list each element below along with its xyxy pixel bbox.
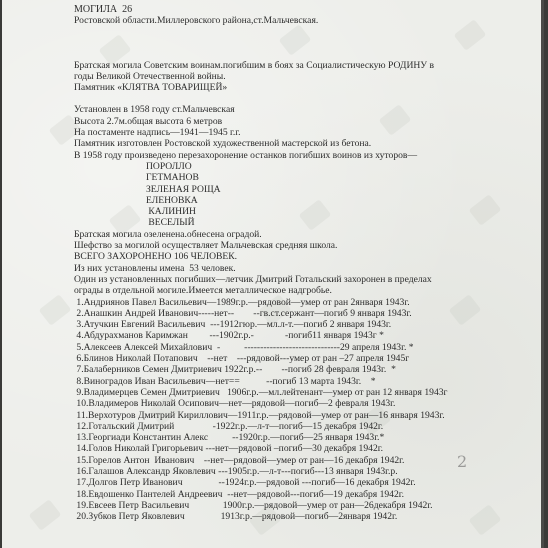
burial-row: 6.Блинов Николай Потапович --нет ---рядо…	[74, 353, 534, 364]
burial-row: 3.Атучкин Евгений Васильевич ---1912гюр.…	[74, 319, 534, 330]
summary-line: ограды в отдельной могиле.Имеется металл…	[74, 285, 534, 296]
farmstead-item: ПОРОЛЛО	[74, 161, 534, 172]
burial-row: 17.Долгов Петр Иванович --1924г.р.—рядов…	[74, 477, 534, 488]
burial-row: 18.Евдошенко Пантелей Андреевич --нет—ря…	[74, 489, 534, 500]
burial-row: 7.Балаберников Семен Дмитриевич 1922г.р.…	[74, 364, 534, 375]
burial-row: 9.Владимерцев Семен Дмитриевич 1906г.р.—…	[74, 387, 534, 398]
summary-line: Братская могила озеленена.обнесена оград…	[74, 229, 534, 240]
burial-row: 11.Верхотуров Дмитрий Кириллович—1911г.р…	[74, 410, 534, 421]
burial-row: 19.Евсеев Петр Васильевич 1900г.р.—рядов…	[74, 500, 534, 511]
summary-line: Один из установленных погибших—летчик Дм…	[74, 274, 534, 285]
farmstead-item: ВЕСЕЛЫЙ	[74, 217, 534, 228]
farmstead-item: ЕЛЕНОВКА	[74, 195, 534, 206]
burial-row: 4.Абдурахманов Каримжан ---1902г.р.- -по…	[74, 330, 534, 341]
total-buried: ВСЕГО ЗАХОРОНЕНО 106 ЧЕЛОВЕК.	[74, 251, 534, 262]
burial-row: 1.Андриянов Павел Васильевич—1989г.р.—ря…	[74, 297, 534, 308]
farmstead-item: ЗЕЛЕНАЯ РОЩА	[74, 184, 534, 195]
monument-detail: Установлен в 1958 году ст.Мальчевская	[74, 104, 534, 115]
margin-pencil-mark: 2	[457, 452, 467, 471]
monument-detail: В 1958 году произведено перезахоронение …	[74, 150, 534, 161]
document-body: МОГИЛА 26 Ростовской области.Миллеровско…	[74, 4, 534, 522]
farmstead-item: ГЕТМАНОВ	[74, 172, 534, 183]
burial-row: 12.Готальский Дмитрий -1922г.р.—л-т—поги…	[74, 421, 534, 432]
monument-name: Памятник «КЛЯТВА ТОВАРИЩЕЙ»	[74, 82, 534, 93]
monument-detail: Высота 2.7м.общая высота 6 метров	[74, 116, 534, 127]
burial-row: 13.Георгиади Константин Алекс --1920г.р.…	[74, 432, 534, 443]
summary-line: Шефство за могилой осуществляет Мальчевс…	[74, 240, 534, 251]
spacer	[74, 49, 534, 60]
burial-row: 5.Алексеев Алексей Михайлович - --------…	[74, 342, 534, 353]
burial-row: 2.Анашкин Андрей Иванович-----нет-- --гв…	[74, 308, 534, 319]
monument-detail: На постаменте надпись—1941—1945 г.г.	[74, 127, 534, 138]
burial-row: 8.Виноградов Иван Васильевич—нет== --пог…	[74, 376, 534, 387]
scanned-document-page: МОГИЛА 26 Ростовской области.Миллеровско…	[2, 0, 544, 548]
spacer	[74, 27, 534, 49]
spacer	[74, 93, 534, 104]
watermark	[39, 294, 72, 326]
description-line: Братская могила Советским воинам.погибши…	[74, 60, 534, 71]
scan-edge	[541, 0, 544, 548]
burial-row: 10.Владимеров Николай Осипович—нет—рядов…	[74, 398, 534, 409]
grave-number: МОГИЛА 26	[74, 4, 534, 15]
description-line: годы Великой Отечественной войны.	[74, 71, 534, 82]
watermark	[29, 499, 62, 531]
summary-line: Из них установлены имена 53 человек.	[74, 263, 534, 274]
burial-row: 20.Зубков Петр Яковлевич 1913г.р.—рядово…	[74, 511, 534, 522]
burial-list: 1.Андриянов Павел Васильевич—1989г.р.—ря…	[74, 297, 534, 523]
farmstead-item: КАЛИНИН	[74, 206, 534, 217]
grave-location: Ростовской области.Миллеровского района,…	[74, 15, 534, 26]
monument-detail: Памятник изготовлен Ростовской художеств…	[74, 138, 534, 149]
